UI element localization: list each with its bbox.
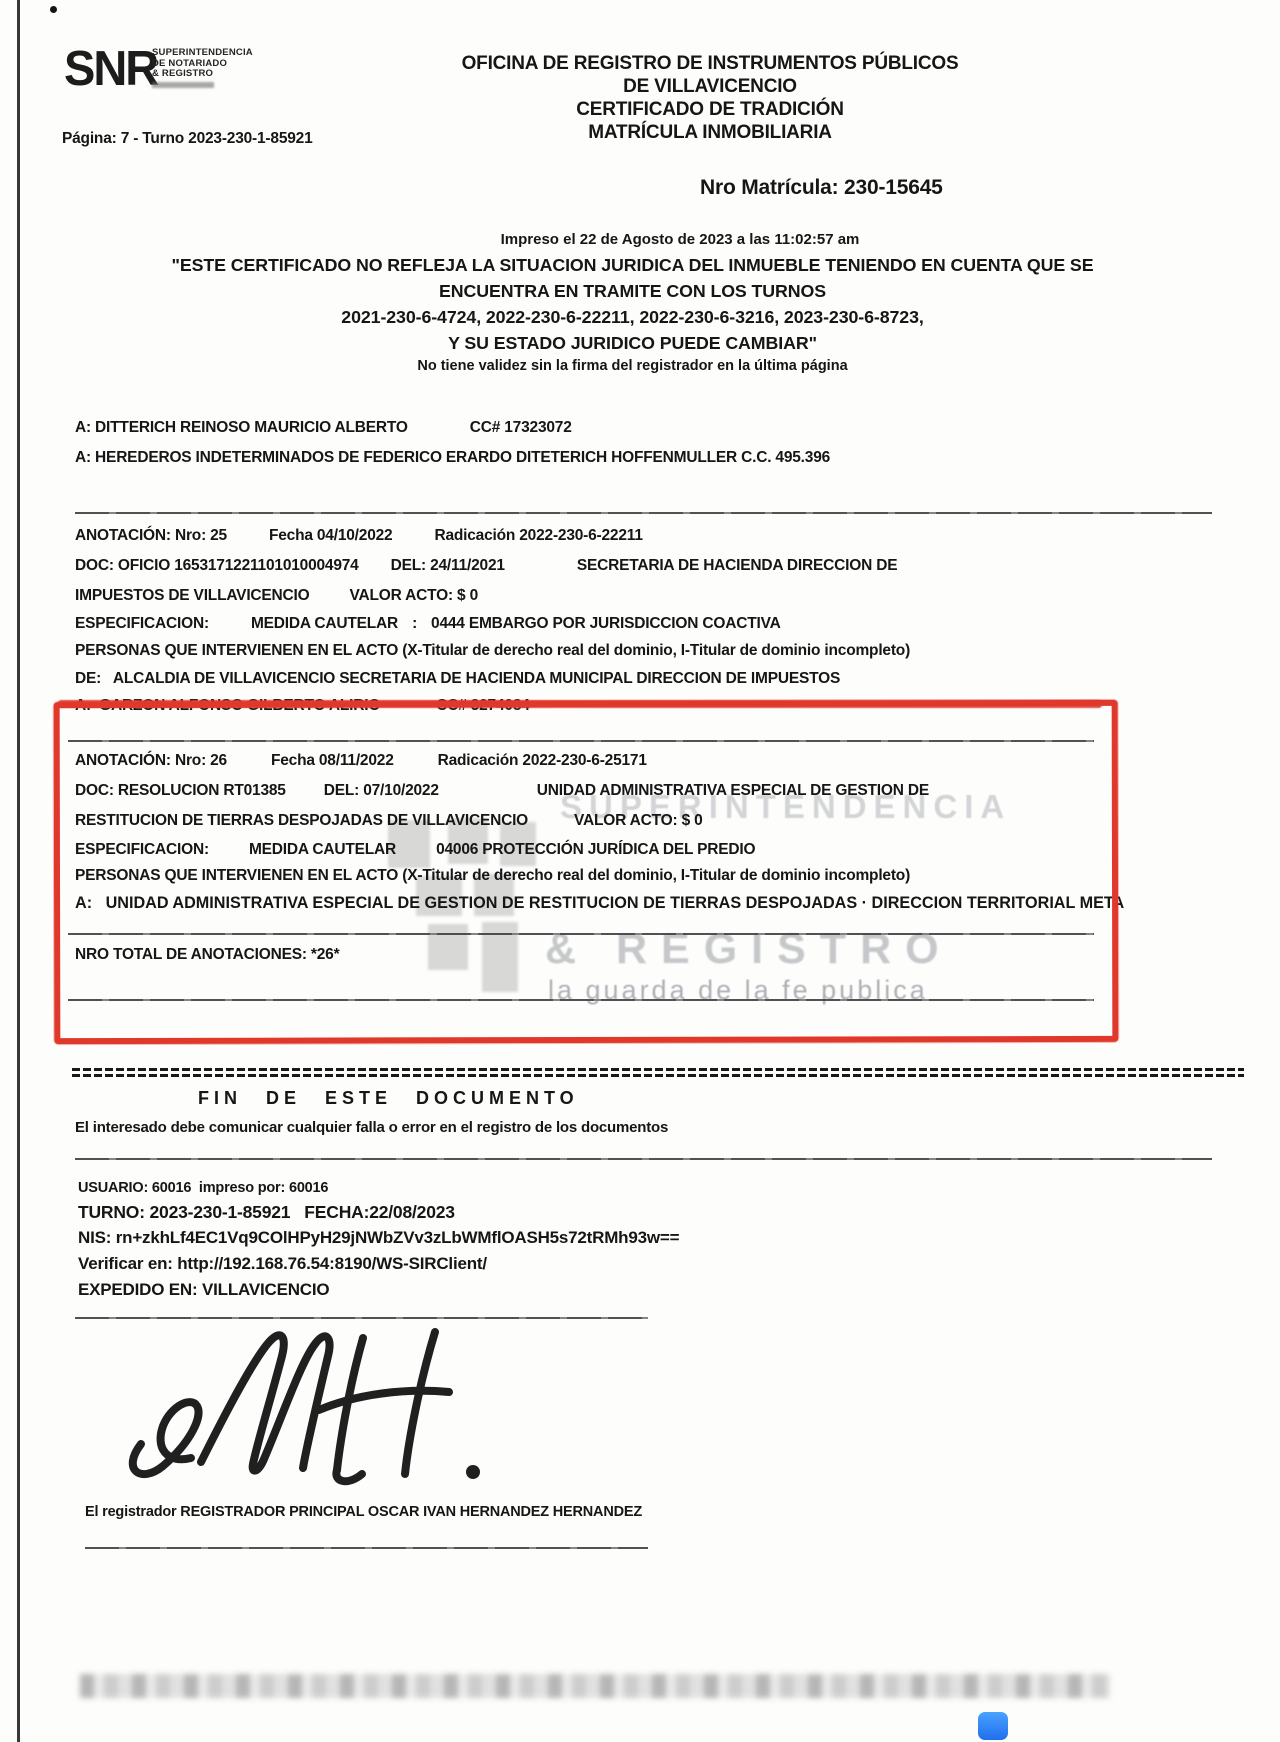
- anotacion25-title: ANOTACIÓN: Nro: 25: [75, 527, 227, 545]
- anotacion25-del: DEL: 24/11/2021: [391, 557, 505, 575]
- nis-line: NIS: rn+zkhLf4EC1Vq9COlHPyH29jNWbZVv3zLb…: [78, 1228, 679, 1248]
- validity-note: No tiene validez sin la firma del regist…: [40, 358, 1225, 374]
- anotacion25-espec-sep: :: [412, 615, 417, 633]
- anotacion25-personas: PERSONAS QUE INTERVIENEN EN EL ACTO (X-T…: [75, 642, 910, 660]
- anotacion25-espec-tipo: MEDIDA CAUTELAR: [251, 615, 398, 633]
- separator: [68, 999, 1094, 1001]
- total-anotaciones: NRO TOTAL DE ANOTACIONES: *26*: [75, 946, 339, 964]
- anotacion25-valor: VALOR ACTO: $ 0: [350, 587, 478, 605]
- expedido-line: EXPEDIDO EN: VILLAVICENCIO: [78, 1280, 329, 1300]
- warning-line3: 2021-230-6-4724, 2022-230-6-22211, 2022-…: [40, 304, 1225, 330]
- matricula-number: Nro Matrícula: 230-15645: [700, 176, 943, 200]
- double-dash-separator: [72, 1068, 1244, 1077]
- anotacion26-entidad: UNIDAD ADMINISTRATIVA ESPECIAL DE GESTIO…: [537, 782, 929, 800]
- anotacion25-entidad2: IMPUESTOS DE VILLAVICENCIO: [75, 587, 310, 605]
- holder-row-2: A: HEREDEROS INDETERMINADOS DE FEDERICO …: [75, 449, 830, 467]
- usuario-line: USUARIO: 60016 impreso por: 60016: [78, 1180, 328, 1196]
- warning-line1: "ESTE CERTIFICADO NO REFLEJA LA SITUACIO…: [40, 252, 1225, 278]
- registrar-name-line: El registrador REGISTRADOR PRINCIPAL OSC…: [85, 1504, 642, 1520]
- office-header-line4: MATRÍCULA INMOBILIARIA: [410, 121, 1010, 144]
- blue-corner-badge: [978, 1712, 1008, 1740]
- stamp-text-guarda: la guarda de la fe publica: [548, 975, 928, 1006]
- anotacion25-doc: DOC: OFICIO 1653171221101010004974: [75, 557, 359, 575]
- printed-date: Impreso el 22 de Agosto de 2023 a las 11…: [80, 231, 1280, 248]
- anotacion26-espec-tipo: MEDIDA CAUTELAR: [249, 841, 396, 859]
- red-marker-strike: [58, 700, 1102, 708]
- document-page: SNR SUPERINTENDENCIA DE NOTARIADO & REGI…: [0, 0, 1280, 1742]
- scan-edge-line: [17, 0, 20, 1742]
- snr-logo: SNR: [64, 39, 157, 97]
- anotacion25-de: DE: ALCALDIA DE VILLAVICENCIO SECRETARIA…: [75, 670, 840, 688]
- snr-logo-tagline-blur: [152, 82, 214, 88]
- anotacion25-valor-row: IMPUESTOS DE VILLAVICENCIO VALOR ACTO: $…: [75, 587, 478, 605]
- redacted-blur-strip: [80, 1674, 1110, 1698]
- anotacion26-title: ANOTACIÓN: Nro: 26: [75, 752, 227, 770]
- anotacion26-entidad2: RESTITUCION DE TIERRAS DESPOJADAS DE VIL…: [75, 812, 528, 830]
- anotacion25-fecha: Fecha 04/10/2022: [269, 527, 392, 545]
- anotacion26-doc: DOC: RESOLUCION RT01385: [75, 782, 286, 800]
- stamp-artifact: [428, 924, 468, 970]
- separator: [75, 1317, 648, 1319]
- error-notice: El interesado debe comunicar cualquier f…: [75, 1119, 668, 1136]
- anotacion25-espec-row: ESPECIFICACION: MEDIDA CAUTELAR : 0444 E…: [75, 615, 781, 633]
- anotacion25-doc-row: DOC: OFICIO 1653171221101010004974 DEL: …: [75, 557, 897, 575]
- legal-warning: "ESTE CERTIFICADO NO REFLEJA LA SITUACIO…: [40, 252, 1225, 356]
- turno-line: TURNO: 2023-230-1-85921 FECHA:22/08/2023: [78, 1202, 455, 1223]
- verify-url-line: Verificar en: http://192.168.76.54:8190/…: [78, 1254, 487, 1274]
- separator: [68, 740, 1094, 742]
- anotacion26-fecha: Fecha 08/11/2022: [271, 752, 394, 770]
- office-header-line1: OFICINA DE REGISTRO DE INSTRUMENTOS PÚBL…: [410, 52, 1010, 75]
- anotacion26-valor: VALOR ACTO: $ 0: [574, 812, 702, 830]
- anotacion26-espec-row: ESPECIFICACION: MEDIDA CAUTELAR 04006 PR…: [75, 841, 755, 859]
- anotacion26-header: ANOTACIÓN: Nro: 26 Fecha 08/11/2022 Radi…: [75, 752, 647, 770]
- scan-dot-artifact: [50, 6, 57, 13]
- warning-line2: ENCUENTRA EN TRAMITE CON LOS TURNOS: [40, 278, 1225, 304]
- separator: [75, 1158, 1212, 1160]
- separator: [85, 1547, 648, 1549]
- anotacion25-header: ANOTACIÓN: Nro: 25 Fecha 04/10/2022 Radi…: [75, 527, 643, 545]
- anotacion25-radicacion: Radicación 2022-230-6-22211: [434, 527, 642, 545]
- separator: [75, 512, 1212, 514]
- anotacion25-espec-label: ESPECIFICACION:: [75, 615, 209, 633]
- anotacion26-radicacion: Radicación 2022-230-6-25171: [438, 752, 647, 770]
- end-of-document-title: FIN DE ESTE DOCUMENTO: [198, 1088, 579, 1109]
- separator: [68, 933, 1094, 935]
- anotacion25-entidad: SECRETARIA DE HACIENDA DIRECCION DE: [577, 557, 898, 575]
- anotacion26-personas: PERSONAS QUE INTERVIENEN EN EL ACTO (X-T…: [75, 867, 910, 885]
- office-header: OFICINA DE REGISTRO DE INSTRUMENTOS PÚBL…: [410, 52, 1010, 144]
- signature: [105, 1322, 535, 1497]
- anotacion26-doc-row: DOC: RESOLUCION RT01385 DEL: 07/10/2022 …: [75, 782, 929, 800]
- page-turn-label: Página: 7 - Turno 2023-230-1-85921: [62, 130, 313, 148]
- anotacion25-espec-valor: 0444 EMBARGO POR JURISDICCION COACTIVA: [431, 615, 781, 633]
- warning-line4: Y SU ESTADO JURIDICO PUEDE CAMBIAR": [40, 330, 1225, 356]
- snr-logo-line1: SUPERINTENDENCIA: [152, 48, 253, 59]
- snr-logo-line3: & REGISTRO: [152, 69, 253, 80]
- anotacion26-del: DEL: 07/10/2022: [324, 782, 439, 800]
- anotacion26-a: A: UNIDAD ADMINISTRATIVA ESPECIAL DE GES…: [75, 894, 1124, 913]
- anotacion26-valor-row: RESTITUCION DE TIERRAS DESPOJADAS DE VIL…: [75, 812, 703, 830]
- holder-1-cc: CC# 17323072: [470, 419, 572, 437]
- holder-row-1: A: DITTERICH REINOSO MAURICIO ALBERTO CC…: [75, 419, 572, 437]
- office-header-line3: CERTIFICADO DE TRADICIÓN: [410, 98, 1010, 121]
- holder-1-name: A: DITTERICH REINOSO MAURICIO ALBERTO: [75, 419, 408, 437]
- anotacion26-espec-label: ESPECIFICACION:: [75, 841, 209, 859]
- anotacion26-espec-valor: 04006 PROTECCIÓN JURÍDICA DEL PREDIO: [436, 841, 755, 859]
- snr-logo-text: SUPERINTENDENCIA DE NOTARIADO & REGISTRO: [152, 48, 253, 88]
- office-header-line2: DE VILLAVICENCIO: [410, 75, 1010, 98]
